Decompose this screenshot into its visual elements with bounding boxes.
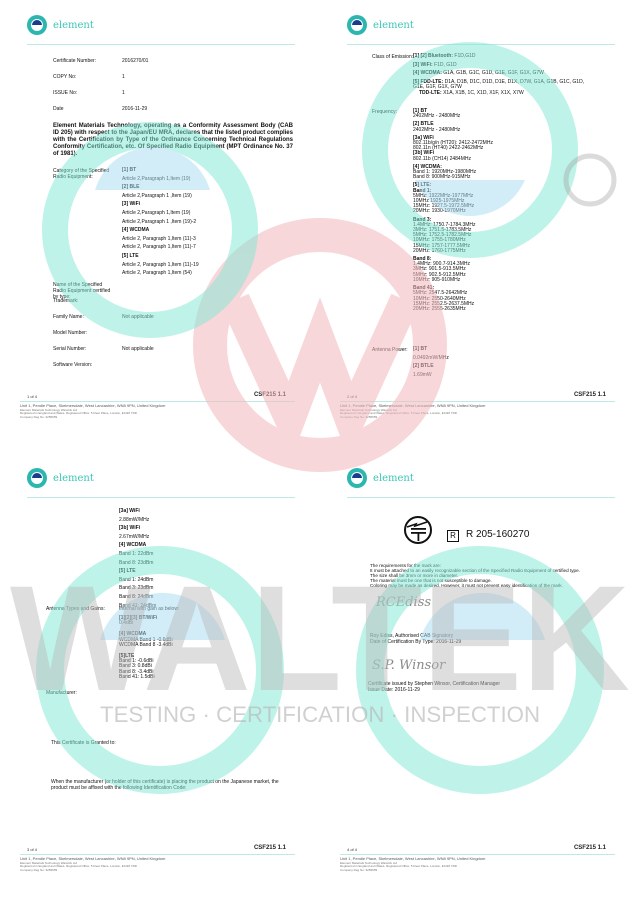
granted-to-label: This Certificate is Granted to:: [51, 740, 116, 746]
element-logo-icon: [347, 468, 367, 488]
category-item: Article 2,Paragraph 1 ,Item (19): [122, 194, 199, 200]
category-list: [1] BTArticle 2,Paragraph 1,Item (19)[2]…: [122, 168, 199, 280]
issue-date: Issue Date: 2016-11-29: [368, 687, 420, 693]
issue-value: 1: [122, 90, 125, 96]
footer-address: Unit 1, Pendle Place, Skelmersdale, West…: [20, 404, 165, 419]
date-value: 2016-11-29: [122, 106, 147, 112]
power-value: Band 3: 23dBm: [119, 586, 156, 592]
certificate-page-3: element [3a] WiFi2.88mW/MHz[3b] WiFi2.67…: [0, 453, 320, 905]
footer-address: Unit 1, Pendle Place, Skelmersdale, West…: [340, 404, 485, 419]
element-logo: element: [347, 468, 414, 488]
issue-label: ISSUE No:: [53, 90, 77, 96]
power-value: Band 8: 23dBm: [119, 561, 156, 567]
footer-divider: [20, 401, 295, 402]
mark-requirements: The requirements for the mark are:It mus…: [370, 563, 580, 588]
category-item: Article 2,Paragraph 1 ,Item (19)-2: [122, 220, 199, 226]
emission-list: [1] [2] Bluetooth: F1D,G1D[3] WiFi: F1D,…: [413, 54, 593, 100]
cert-number-value: 2016270/01: [122, 58, 148, 64]
reg-no-line: Company Reg No: 3255659: [340, 869, 485, 873]
power-value: Band 8: 24dBm: [119, 595, 156, 601]
power-value: Band 1: 24dBm: [119, 578, 156, 584]
footer-address: Unit 1, Pendle Place, Skelmersdale, West…: [20, 857, 165, 872]
reg-no-line: Company Reg No: 3255659: [20, 869, 165, 873]
footer-address: Unit 1, Pendle Place, Skelmersdale, West…: [340, 857, 485, 872]
telec-mark-icon: [403, 515, 433, 545]
element-logo-icon: [27, 15, 47, 35]
element-logo-icon: [27, 468, 47, 488]
element-logo: element: [347, 15, 414, 35]
certification-number: R 205-160270: [466, 529, 529, 540]
certificate-page-1: element Certificate Number: 2016270/01 C…: [0, 0, 320, 452]
r-mark-box: R: [447, 530, 459, 542]
signature-stephen-winsor: S.P. Winsor: [372, 658, 445, 673]
doc-code: CSF215 1.1: [574, 392, 606, 398]
emission-label: Class of Emission:: [372, 54, 413, 60]
requirement-line: Coloring may be made as desired. However…: [370, 583, 580, 588]
footer-divider: [340, 854, 615, 855]
frequency-label: Frequency:: [372, 109, 397, 115]
reg-no-line: Company Reg No: 3255659: [340, 416, 485, 420]
category-item: Article 2, Paragraph 1,Item (11)-3: [122, 237, 199, 243]
doc-code: CSF215 1.1: [254, 845, 286, 851]
page-number: 4 of 4: [347, 847, 357, 852]
date-label: Date: [53, 106, 64, 112]
page-number: 2 of 4: [347, 394, 357, 399]
date-by-type: Date of Certification By Type: 2016-11-2…: [370, 639, 461, 645]
model-number-label: Model Number:: [53, 330, 87, 336]
category-item: Article 2, Paragraph 1,Item (54): [122, 271, 199, 277]
category-label: Category of the Specified Radio Equipmen…: [53, 168, 113, 180]
category-item: Article 2,Paragraph 1,Item (19): [122, 211, 199, 217]
trademark-label: Trademark:: [53, 298, 78, 304]
certificate-page-4: element R R 205-160270 The requirements …: [320, 453, 640, 905]
signature-roy-ediss: RCEdiss: [376, 595, 431, 610]
antenna-intro: Internal with gain as below:: [119, 606, 179, 612]
antenna-power-label: Antenna Power:: [372, 347, 408, 353]
power-list: [3a] WiFi2.88mW/MHz[3b] WiFi2.67mW/MHz[4…: [119, 509, 156, 612]
manufacturer-label: Manufacturer:: [46, 690, 77, 696]
family-name-value: Not applicable: [122, 314, 154, 320]
category-item: Article 2, Paragraph 1,Item (11)-19: [122, 263, 199, 269]
header-divider: [27, 497, 295, 498]
serial-number-value: Not applicable: [122, 346, 154, 352]
logo-text: element: [53, 473, 94, 484]
conformity-statement: Element Materials Technology, operating …: [53, 123, 293, 158]
doc-code: CSF215 1.1: [254, 392, 286, 398]
software-version-label: Software Version:: [53, 362, 92, 368]
category-item: Article 2, Paragraph 1,Item (11)-7: [122, 245, 199, 251]
category-item: Article 2,Paragraph 1,Item (19): [122, 177, 199, 183]
logo-text: element: [53, 20, 94, 31]
doc-code: CSF215 1.1: [574, 845, 606, 851]
frequency-list: [1] BT2402MHz - 2480MHz[2] BTLE2402MHz -…: [413, 109, 493, 315]
header-divider: [347, 44, 615, 45]
antenna-power-list: [1] BT0.0492mW/MHz[2] BTLE1.69mW: [413, 347, 449, 381]
copy-value: 1: [122, 74, 125, 80]
antenna-gain: WCDMA Band 8 -3.4dBi: [119, 643, 173, 648]
footer-divider: [340, 401, 615, 402]
identification-code-note: When the manufacturer (or holder of this…: [51, 779, 281, 791]
family-name-label: Family Name:: [53, 314, 84, 320]
reg-no-line: Company Reg No: 3255659: [20, 416, 165, 420]
power-value: Band 1: 22dBm: [119, 552, 156, 558]
element-logo-icon: [347, 15, 367, 35]
cert-number-label: Certificate Number:: [53, 58, 96, 64]
serial-number-label: Serial Number:: [53, 346, 86, 352]
logo-text: element: [373, 20, 414, 31]
element-logo: element: [27, 15, 94, 35]
certificate-page-2: element Class of Emission: [1] [2] Bluet…: [320, 0, 640, 452]
page-number: 3 of 4: [27, 847, 37, 852]
footer-divider: [20, 854, 295, 855]
copy-label: COPY No:: [53, 74, 76, 80]
header-divider: [27, 44, 295, 45]
antenna-types-label: Antenna Types and Gains:: [46, 606, 105, 612]
header-divider: [347, 497, 615, 498]
element-logo: element: [27, 468, 94, 488]
power-value: 0.0492mW/MHz: [413, 356, 449, 362]
page-number: 1 of 4: [27, 394, 37, 399]
logo-text: element: [373, 473, 414, 484]
antenna-gain-list: [1][2][3] BT/WiFi0.4dBi[4] WCDMAWCDMA Ba…: [119, 616, 173, 686]
